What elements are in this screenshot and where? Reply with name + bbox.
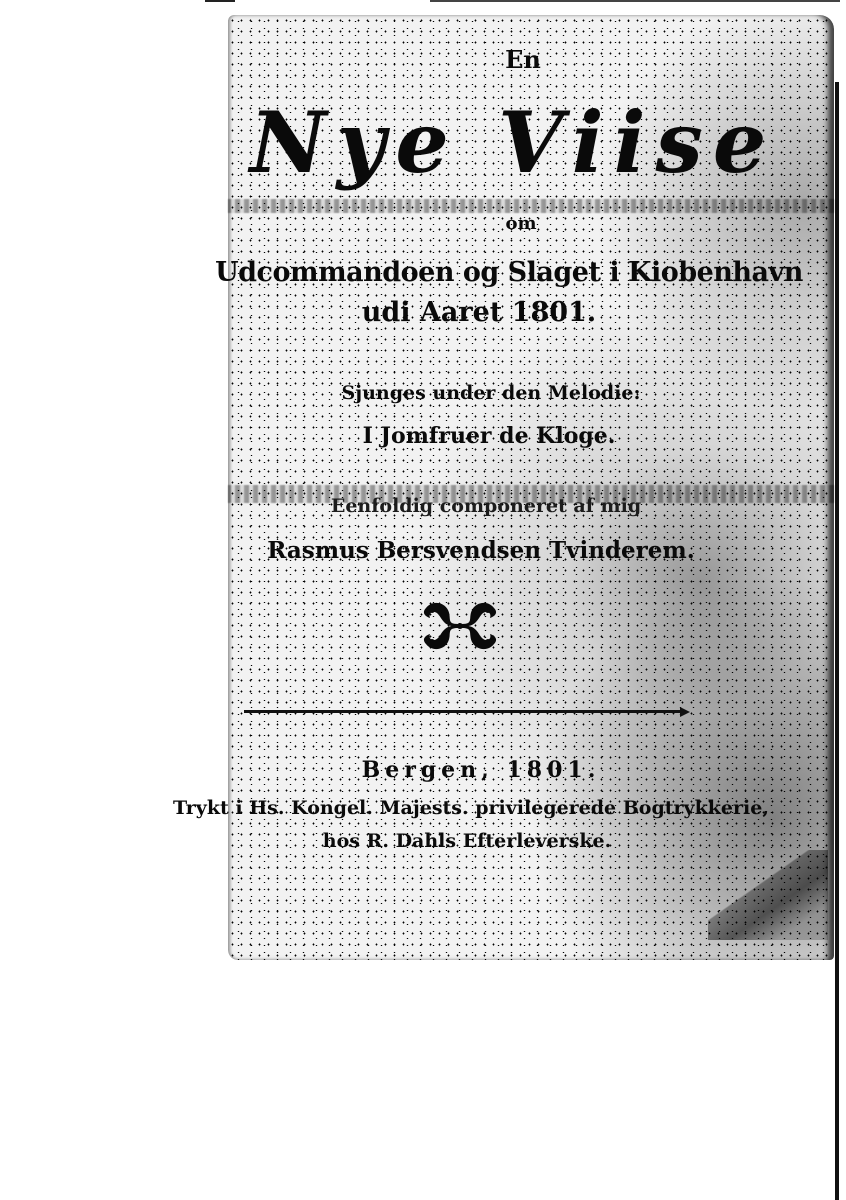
rule-end-mark xyxy=(680,707,690,717)
scan-top-edge-left xyxy=(205,0,235,2)
heading-en: En xyxy=(220,45,826,74)
scan-top-edge-right xyxy=(430,0,840,2)
scan-right-rule xyxy=(835,82,839,1200)
imprint-printer-line-1: Trykt i Hs. Kongel. Majests. privilegere… xyxy=(168,797,774,819)
imprint-place: Bergen, 1801. xyxy=(178,757,784,783)
melody-name: I Jomfruer de Kloge. xyxy=(186,423,792,449)
main-title: Nye Viise xyxy=(210,93,816,192)
composer-intro: Eenfoldig componeret af mig xyxy=(183,495,789,517)
horizontal-rule xyxy=(244,710,684,713)
author-name: Rasmus Bersvendsen Tvinderem. xyxy=(178,537,784,564)
title-page: En Nye Viise om Udcommandoen og Slaget i… xyxy=(228,15,834,960)
subtitle-line-2: udi Aaret 1801. xyxy=(176,297,782,328)
melody-intro: Sjunges under den Melodie: xyxy=(188,382,794,404)
fold-stain xyxy=(228,199,834,213)
subtitle-line-1: Udcommandoen og Slaget i Kiobenhavn xyxy=(206,257,812,288)
preposition-om: om xyxy=(218,213,824,234)
imprint-printer-line-2: hos R. Dahls Efterleverske. xyxy=(164,830,770,852)
torn-corner xyxy=(708,850,828,940)
fleuron-ornament-icon xyxy=(418,598,502,654)
